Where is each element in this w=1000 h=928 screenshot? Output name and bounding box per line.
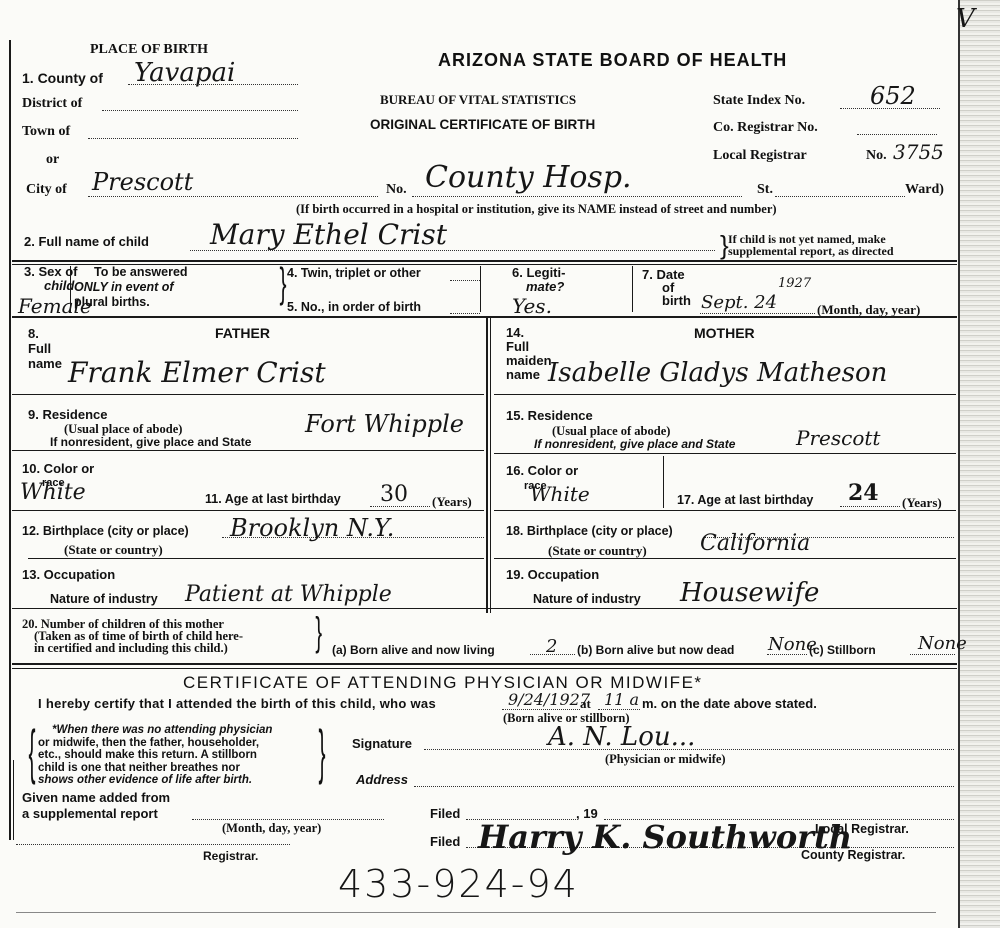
father-birthplace-label: 12. Birthplace (city or place) — [22, 524, 189, 538]
plural-note-line1: To be answered — [74, 265, 188, 280]
attendant-note: *When there was no attending physician o… — [38, 724, 272, 787]
registrar-field — [16, 844, 290, 845]
child-name-value: Mary Ethel Crist — [210, 218, 447, 251]
father-color-label: 10. Color or — [22, 461, 94, 476]
certify-prefix: I hereby certify that I attended the bir… — [38, 696, 436, 711]
cell-divider — [480, 266, 481, 312]
attendant-note-line5: shows other evidence of life after birth… — [38, 774, 272, 787]
signature-sub: (Physician or midwife) — [605, 752, 726, 767]
county-value: Yavapai — [134, 58, 235, 88]
plural-note-line2: ONLY in event of — [74, 280, 188, 295]
address-label: Address — [356, 772, 408, 787]
divider-line — [12, 450, 484, 451]
dead-label: (b) Born alive but now dead — [577, 643, 734, 657]
father-name-label: 8. Full name — [28, 326, 62, 371]
cell-divider — [70, 266, 71, 312]
brace: } — [280, 262, 287, 304]
stillborn-field — [910, 654, 955, 655]
mother-birthplace-value: California — [700, 531, 810, 556]
given-name-field — [192, 819, 384, 820]
divider-line — [494, 510, 956, 511]
address-field — [414, 786, 954, 787]
father-residence-label: 9. Residence — [28, 407, 108, 422]
born-value: 9/24/1927 — [508, 690, 590, 709]
column-divider — [490, 318, 491, 613]
ward-field — [775, 196, 905, 197]
mother-name-value: Isabelle Gladys Matheson — [548, 358, 887, 388]
father-age-value: 30 — [380, 482, 408, 507]
st-label: St. — [757, 182, 773, 198]
ward-label: Ward) — [905, 182, 944, 198]
children-label: 20. Number of children of this mother (T… — [22, 618, 243, 654]
not-named-note: If child is not yet named, make suppleme… — [728, 233, 894, 257]
mother-name-label3: name — [506, 368, 552, 382]
father-occupation-label: 13. Occupation — [22, 567, 115, 582]
children-label-line3: in certified and including this child.) — [22, 642, 243, 654]
local-registrar-value: 3755 — [893, 140, 944, 164]
father-birthplace-value: Brooklyn N.Y. — [230, 514, 394, 542]
given-name-sub: (Month, day, year) — [222, 821, 321, 836]
attendant-note-line3: etc., should make this return. A stillbo… — [38, 749, 272, 762]
father-birthplace-sub: (State or country) — [64, 542, 163, 558]
certificate-title: ORIGINAL CERTIFICATE OF BIRTH — [370, 117, 595, 132]
state-index-value: 652 — [870, 82, 916, 110]
given-name-label2: a supplemental report — [22, 806, 158, 821]
mother-occupation-value: Housewife — [680, 578, 819, 608]
cell-divider — [632, 266, 633, 312]
order-label: 5. No., in order of birth — [287, 300, 421, 314]
divider-line — [12, 668, 957, 669]
mother-industry-label: Nature of industry — [533, 592, 641, 606]
brace: } — [720, 232, 729, 258]
date-field — [700, 313, 815, 314]
divider-line — [494, 558, 956, 559]
mother-age-unit: (Years) — [902, 495, 942, 511]
twin-field — [450, 280, 480, 281]
father-age-unit: (Years) — [432, 494, 472, 510]
mother-name-label1: Full — [506, 340, 552, 354]
given-name-label1: Given name added from — [22, 790, 170, 805]
cell-divider — [663, 456, 664, 508]
co-registrar-label: Co. Registrar No. — [713, 120, 818, 136]
co-registrar-field — [857, 134, 937, 135]
legit-label: 6. Legiti- mate? — [512, 266, 565, 294]
plural-note: To be answered ONLY in event of plural b… — [74, 265, 188, 310]
date-label: 7. Date of birth — [642, 268, 691, 307]
time-field — [598, 709, 640, 710]
divider-line — [12, 316, 957, 318]
registrar-label: Registrar. — [203, 849, 258, 863]
divider-line — [12, 260, 957, 262]
mother-birthplace-sub: (State or country) — [548, 543, 647, 559]
filed-label-2: Filed — [430, 834, 460, 849]
county-label: 1. County of — [22, 70, 103, 86]
district-label: District of — [22, 96, 82, 112]
mother-section-title: MOTHER — [694, 325, 755, 341]
district-field — [102, 110, 298, 111]
brace: { — [29, 722, 36, 782]
county-registrar-signature: Harry K. Southworth — [478, 818, 852, 856]
father-occupation-value: Patient at Whipple — [185, 582, 392, 607]
legit-label-line2: mate? — [512, 280, 565, 294]
father-name-value: Frank Elmer Crist — [68, 356, 326, 389]
mother-name-label: 14. Full maiden name — [506, 326, 552, 382]
divider-line — [12, 608, 957, 609]
left-border — [9, 40, 11, 840]
date-value: Sept. 24 — [701, 292, 777, 313]
legit-label-line1: 6. Legiti- — [512, 266, 565, 280]
living-value: 2 — [546, 636, 557, 657]
signature-value: A. N. Lou... — [548, 722, 695, 752]
divider-line — [12, 394, 484, 395]
board-title: ARIZONA STATE BOARD OF HEALTH — [438, 50, 787, 71]
town-field — [88, 138, 298, 139]
mother-residence-label: 15. Residence — [506, 408, 593, 423]
mother-num: 14. — [506, 326, 552, 340]
local-registrar-label: Local Registrar — [713, 148, 807, 164]
corner-mark: V — [956, 4, 975, 34]
father-residence-sub2: If nonresident, give place and State — [50, 435, 251, 449]
father-section-title: FATHER — [215, 325, 270, 341]
at-label: at — [580, 696, 591, 712]
mother-occupation-label: 19. Occupation — [506, 567, 599, 582]
left-border-inner — [13, 760, 14, 840]
father-name-label1: Full — [28, 341, 62, 356]
living-label: (a) Born alive and now living — [332, 643, 495, 657]
divider-line — [494, 394, 956, 395]
stillborn-label: (c) Stillborn — [809, 643, 876, 657]
brace: } — [319, 722, 326, 782]
divider-line — [494, 453, 956, 454]
street-field — [412, 196, 742, 197]
stamp-number: 433-924-94 — [338, 862, 579, 906]
father-name-label2: name — [28, 356, 62, 371]
father-num: 8. — [28, 326, 62, 341]
child-name-label: 2. Full name of child — [24, 234, 149, 249]
plural-note-line3: plural births. — [74, 295, 188, 310]
city-label: City of — [26, 182, 67, 198]
local-registrar-no-label: No. — [866, 148, 887, 164]
filed-label-1: Filed — [430, 806, 460, 821]
state-index-label: State Index No. — [713, 93, 805, 109]
certify-suffix: m. on the date above stated. — [642, 696, 817, 711]
divider-line — [12, 663, 957, 665]
mother-age-value: 24 — [848, 480, 879, 506]
or-label: or — [46, 152, 59, 168]
father-industry-label: Nature of industry — [50, 592, 158, 606]
time-value: 11 a — [604, 690, 639, 709]
hospital-note: (If birth occurred in a hospital or inst… — [296, 202, 777, 217]
city-field — [88, 196, 378, 197]
divider-line — [28, 558, 484, 559]
mother-birthplace-label: 18. Birthplace (city or place) — [506, 524, 673, 538]
bottom-edge — [16, 912, 936, 913]
father-color-value: White — [20, 480, 86, 505]
mother-residence-value: Prescott — [796, 426, 880, 450]
place-of-birth-title: PLACE OF BIRTH — [90, 42, 208, 58]
street-value: County Hosp. — [425, 160, 632, 195]
legit-value: Yes. — [512, 294, 552, 318]
torn-paper-edge — [958, 0, 1000, 928]
mother-age-field — [840, 506, 900, 507]
date-label-line3: birth — [642, 294, 691, 307]
city-value: Prescott — [92, 168, 193, 196]
father-age-label: 11. Age at last birthday — [205, 492, 341, 506]
order-field — [450, 313, 480, 314]
street-no-label: No. — [386, 182, 407, 198]
attendant-note-line1: *When there was no attending physician — [38, 724, 272, 737]
attendant-note-line4: child is one that neither breathes nor — [38, 762, 272, 775]
stillborn-value: None — [918, 633, 967, 654]
brace: } — [315, 612, 322, 652]
mother-age-label: 17. Age at last birthday — [677, 493, 813, 507]
signature-label: Signature — [352, 736, 412, 751]
attendant-note-line2: or midwife, then the father, householder… — [38, 737, 272, 750]
column-divider — [486, 318, 488, 613]
date-year: 1927 — [778, 276, 811, 291]
town-label: Town of — [22, 124, 70, 140]
divider-line — [12, 510, 484, 511]
mother-color-value: White — [530, 482, 590, 506]
bureau-title: BUREAU OF VITAL STATISTICS — [380, 92, 576, 108]
mother-color-label: 16. Color or — [506, 463, 578, 478]
not-named-note-line2: supplemental report, as directed — [728, 245, 894, 257]
twin-label: 4. Twin, triplet or other — [287, 266, 421, 280]
mother-residence-sub2: If nonresident, give place and State — [534, 437, 735, 451]
born-field — [502, 709, 580, 710]
mother-name-label2: maiden — [506, 354, 552, 368]
father-residence-value: Fort Whipple — [305, 410, 464, 438]
